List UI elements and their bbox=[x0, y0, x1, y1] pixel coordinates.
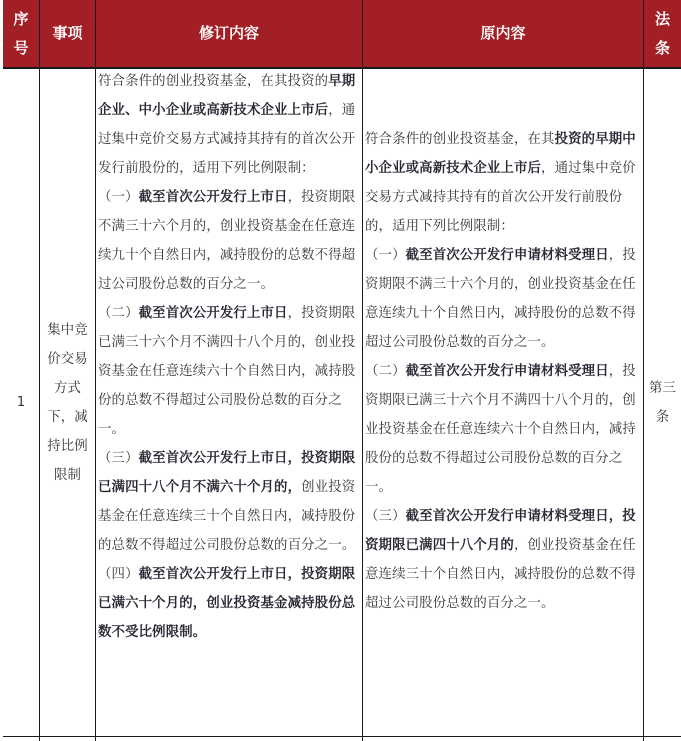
original-text: （一） bbox=[365, 248, 406, 263]
item-line: 集中竞 bbox=[47, 316, 88, 345]
original-paragraph: （二）截至首次公开发行申请材料受理日，投资期限已满三十六个月不满四十八个月的，创… bbox=[365, 357, 641, 502]
header-article-label: 法条 bbox=[655, 5, 671, 63]
header-revised-content: 修订内容 bbox=[96, 0, 362, 67]
article-line: 第三 bbox=[649, 374, 676, 403]
row-article-text: 第三条 bbox=[649, 374, 676, 432]
item-line: 持比例 bbox=[47, 432, 88, 461]
revised-text: （二） bbox=[98, 306, 139, 321]
revised-bold-text: 截至首次公开发行上市日 bbox=[139, 306, 288, 321]
revised-text: （三） bbox=[98, 451, 139, 466]
revised-text: ，投资期限不满三十六个月的，创业投资基金在任意连续九十个自然日内，减持股份的总数… bbox=[98, 190, 355, 292]
row-item-text: 集中竞价交易方式下，减持比例限制 bbox=[47, 316, 88, 490]
comparison-table: 序号 事项 修订内容 原内容 法条 1 集中竞价交易方式下，减持比例限制 符合条… bbox=[3, 0, 681, 741]
header-article: 法条 bbox=[644, 0, 681, 67]
revised-paragraph: 符合条件的创业投资基金，在其投资的早期企业、中小企业或高新技术企业上市后，通过集… bbox=[98, 67, 360, 183]
row-serial-number: 1 bbox=[3, 69, 39, 736]
header-item-label: 事项 bbox=[52, 19, 82, 48]
revised-paragraph: （一）截至首次公开发行上市日，投资期限不满三十六个月的，创业投资基金在任意连续九… bbox=[98, 183, 360, 299]
column-divider bbox=[362, 0, 363, 741]
revised-text: ，投资期限已满三十六个月不满四十八个月的，创业投资基金在任意连续六十个自然日内，… bbox=[98, 306, 355, 437]
header-original-content: 原内容 bbox=[363, 0, 643, 67]
header-original-content-label: 原内容 bbox=[480, 19, 525, 48]
item-line: 下，减 bbox=[47, 403, 88, 432]
original-paragraph: （一）截至首次公开发行申请材料受理日，投资期限不满三十六个月的，创业投资基金在任… bbox=[365, 241, 641, 357]
item-line: 价交易 bbox=[47, 345, 88, 374]
header-item: 事项 bbox=[40, 0, 95, 67]
revised-paragraph: （二）截至首次公开发行上市日，投资期限已满三十六个月不满四十八个月的，创业投资基… bbox=[98, 299, 360, 444]
original-bold-text: 截至首次公开发行申请材料受理日 bbox=[406, 248, 609, 263]
table-header-row: 序号 事项 修订内容 原内容 法条 bbox=[3, 0, 681, 67]
revised-text: （一） bbox=[98, 190, 139, 205]
original-content-text: 符合条件的创业投资基金，在其投资的早期中小企业或高新技术企业上市后，通过集中竞价… bbox=[365, 125, 641, 618]
revised-paragraph: （三）截至首次公开发行上市日，投资期限已满四十八个月不满六十个月的，创业投资基金… bbox=[98, 444, 360, 560]
column-divider bbox=[95, 0, 96, 741]
item-line: 限制 bbox=[47, 461, 88, 490]
header-revised-content-label: 修订内容 bbox=[199, 19, 259, 48]
article-line: 条 bbox=[649, 403, 676, 432]
row-revised-content: 符合条件的创业投资基金，在其投资的早期企业、中小企业或高新技术企业上市后，通过集… bbox=[98, 67, 360, 647]
row-bottom-border bbox=[3, 736, 681, 737]
row-original-content: 符合条件的创业投资基金，在其投资的早期中小企业或高新技术企业上市后，通过集中竞价… bbox=[365, 125, 641, 618]
original-text: ，投资期限不满三十六个月的，创业投资基金在任意连续九十个自然日内，减持股份的总数… bbox=[365, 248, 636, 350]
row-serial-number-value: 1 bbox=[17, 395, 25, 410]
original-text: （二） bbox=[365, 364, 406, 379]
header-serial-number-label: 序号 bbox=[13, 5, 29, 63]
original-text: （三） bbox=[365, 509, 406, 524]
revised-text: （四） bbox=[98, 567, 139, 582]
original-bold-text: 截至首次公开发行申请材料受理日 bbox=[406, 364, 609, 379]
item-line: 方式 bbox=[47, 374, 88, 403]
revised-paragraph: （四）截至首次公开发行上市日，投资期限已满六十个月的，创业投资基金减持股份总数不… bbox=[98, 560, 360, 647]
row-item: 集中竞价交易方式下，减持比例限制 bbox=[40, 69, 95, 736]
original-text: 符合条件的创业投资基金，在其 bbox=[365, 132, 555, 147]
header-serial-number: 序号 bbox=[3, 0, 39, 67]
original-paragraph: （三）截至首次公开发行申请材料受理日，投资期限已满四十八个月的，创业投资基金在任… bbox=[365, 502, 641, 618]
revised-text: 符合条件的创业投资基金，在其投资的 bbox=[98, 74, 328, 89]
original-text: ，投资期限已满三十六个月不满四十八个月的，创业投资基金在任意连续六十个自然日内，… bbox=[365, 364, 636, 495]
original-paragraph: 符合条件的创业投资基金，在其投资的早期中小企业或高新技术企业上市后，通过集中竞价… bbox=[365, 125, 641, 241]
row-article: 第三条 bbox=[644, 69, 681, 736]
revised-content-text: 符合条件的创业投资基金，在其投资的早期企业、中小企业或高新技术企业上市后，通过集… bbox=[98, 67, 360, 647]
revised-bold-text: 截至首次公开发行上市日 bbox=[139, 190, 288, 205]
